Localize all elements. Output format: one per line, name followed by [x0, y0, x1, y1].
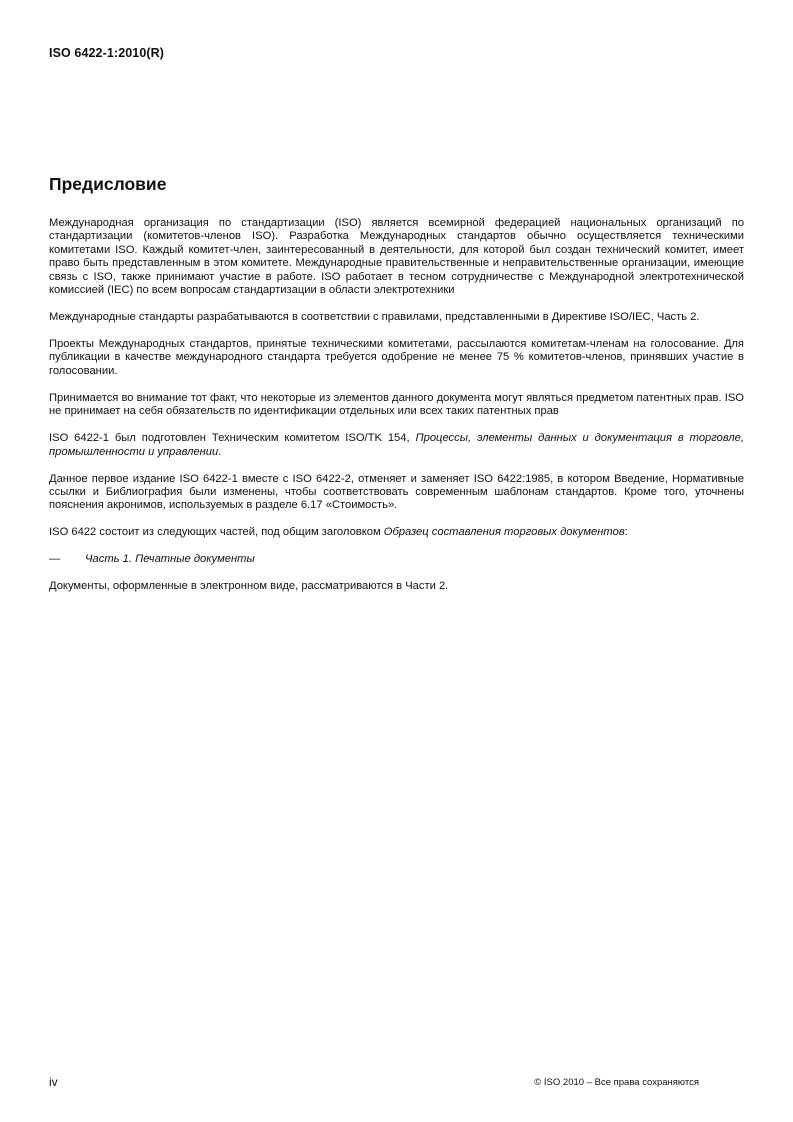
- list-item-text: Часть 1. Печатные документы: [85, 553, 255, 566]
- foreword-body: Международная организация по стандартиза…: [49, 217, 744, 607]
- paragraph-closing: Документы, оформленные в электронном вид…: [49, 580, 744, 593]
- parts-end: :: [625, 526, 628, 538]
- parts-general-title: Образец составления торговых документов: [384, 526, 625, 538]
- paragraph-committee: ISO 6422-1 был подготовлен Техническим к…: [49, 432, 744, 459]
- list-item: — Часть 1. Печатные документы: [49, 553, 744, 566]
- copyright-notice: © ISO 2010 – Все права сохраняются: [534, 1077, 699, 1088]
- paragraph-iso-intro: Международная организация по стандартиза…: [49, 217, 744, 297]
- committee-text: ISO 6422-1 был подготовлен Техническим к…: [49, 432, 416, 444]
- paragraph-patents: Принимается во внимание тот факт, что не…: [49, 392, 744, 419]
- page-title: Предисловие: [49, 174, 166, 195]
- paragraph-parts: ISO 6422 состоит из следующих частей, по…: [49, 526, 744, 539]
- paragraph-directives: Международные стандарты разрабатываются …: [49, 311, 744, 324]
- paragraph-voting: Проекты Международных стандартов, принят…: [49, 338, 744, 378]
- parts-text: ISO 6422 состоит из следующих частей, по…: [49, 526, 384, 538]
- em-dash-bullet: —: [49, 553, 85, 566]
- paragraph-edition: Данное первое издание ISO 6422-1 вместе …: [49, 473, 744, 513]
- committee-end: .: [218, 446, 221, 458]
- document-id-header: ISO 6422-1:2010(R): [49, 46, 164, 60]
- page-number: iv: [49, 1075, 58, 1089]
